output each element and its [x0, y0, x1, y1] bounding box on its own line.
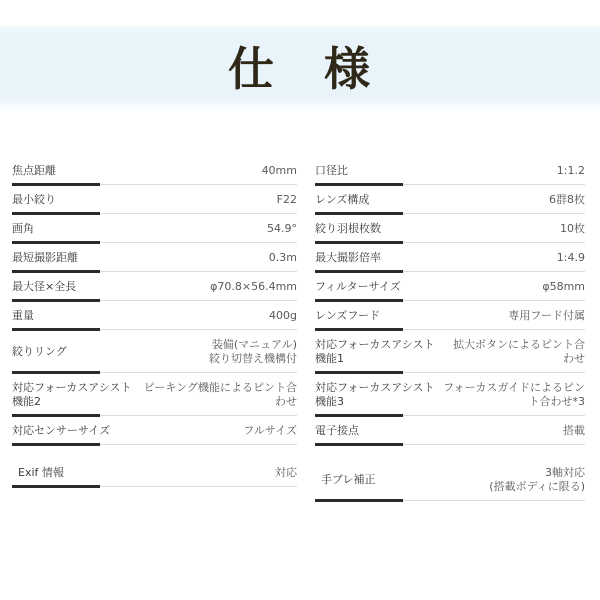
- spec-value: フォーカスガイドによるピント合わせ*3: [442, 381, 585, 409]
- spec-row: 電子接点搭載: [315, 416, 585, 445]
- spec-value: 対応: [275, 466, 297, 480]
- spec-page: 仕 様 焦点距離40mm最小絞りF22画角54.9°最短撮影距離0.3m最大径×…: [0, 0, 600, 600]
- spec-row: 焦点距離40mm: [12, 156, 297, 185]
- spec-row: 絞り羽根枚数10枚: [315, 214, 585, 243]
- spec-value: 拡大ボタンによるピント合わせ: [442, 338, 585, 366]
- spec-label: 最大撮影倍率: [315, 251, 381, 265]
- spec-label: 対応フォーカスアシスト 機能1: [315, 338, 434, 366]
- spec-label: Exif 情報: [18, 466, 64, 480]
- spec-value: F22: [277, 193, 297, 207]
- spec-row: Exif 情報対応: [12, 458, 297, 487]
- spec-row: 対応センサーサイズフルサイズ: [12, 416, 297, 445]
- spec-label: 対応センサーサイズ: [12, 424, 110, 438]
- spec-label: 電子接点: [315, 424, 359, 438]
- spec-value: ピーキング機能によるピント合わせ: [139, 381, 297, 409]
- spec-row: 対応フォーカスアシスト 機能1拡大ボタンによるピント合わせ: [315, 330, 585, 373]
- spec-value: 3軸対応 (搭載ボディに限る): [489, 466, 585, 494]
- spec-value: 6群8枚: [549, 193, 585, 207]
- spec-label: 最大径×全長: [12, 280, 76, 294]
- spec-label: 手ブレ補正: [321, 473, 376, 487]
- spec-column-right: 口径比1:1.2レンズ構成6群8枚絞り羽根枚数10枚最大撮影倍率1:4.9フィル…: [315, 156, 585, 501]
- spec-value: 1:1.2: [557, 164, 585, 178]
- spec-column-left: 焦点距離40mm最小絞りF22画角54.9°最短撮影距離0.3m最大径×全長φ7…: [12, 156, 297, 501]
- spec-label: レンズ構成: [315, 193, 369, 207]
- spec-label: 焦点距離: [12, 164, 56, 178]
- spec-value: 0.3m: [269, 251, 297, 265]
- spec-label: 重量: [12, 309, 34, 323]
- spec-label: 最小絞り: [12, 193, 56, 207]
- spec-header: 仕 様: [0, 26, 600, 112]
- spec-label: 対応フォーカスアシスト 機能2: [12, 381, 131, 409]
- spec-row: 対応フォーカスアシスト 機能2ピーキング機能によるピント合わせ: [12, 373, 297, 416]
- spec-label: フィルターサイズ: [315, 280, 401, 294]
- spec-label: 絞り羽根枚数: [315, 222, 381, 236]
- spec-row: レンズフード専用フード付属: [315, 301, 585, 330]
- spec-value: 専用フード付属: [508, 309, 585, 323]
- spec-label: 絞りリング: [12, 345, 67, 359]
- page-title: 仕 様: [228, 46, 372, 92]
- spec-value: 搭載: [563, 424, 585, 438]
- spec-value: フルサイズ: [243, 424, 297, 438]
- spec-row: 最大撮影倍率1:4.9: [315, 243, 585, 272]
- spec-row: 対応フォーカスアシスト 機能3フォーカスガイドによるピント合わせ*3: [315, 373, 585, 416]
- spec-row: 画角54.9°: [12, 214, 297, 243]
- spec-row: フィルターサイズφ58mm: [315, 272, 585, 301]
- spec-label: 最短撮影距離: [12, 251, 78, 265]
- spec-value: 1:4.9: [557, 251, 585, 265]
- spec-row: 最小絞りF22: [12, 185, 297, 214]
- spec-row: レンズ構成6群8枚: [315, 185, 585, 214]
- spec-label: レンズフード: [315, 309, 380, 323]
- spec-columns: 焦点距離40mm最小絞りF22画角54.9°最短撮影距離0.3m最大径×全長φ7…: [0, 156, 600, 501]
- spec-value: 54.9°: [267, 222, 297, 236]
- spec-value: φ58mm: [542, 280, 585, 294]
- spec-label: 画角: [12, 222, 34, 236]
- spec-value: φ70.8×56.4mm: [210, 280, 297, 294]
- spec-value: 40mm: [262, 164, 297, 178]
- spec-row: 口径比1:1.2: [315, 156, 585, 185]
- spec-label: 口径比: [315, 164, 348, 178]
- spec-row: 手ブレ補正3軸対応 (搭載ボディに限る): [315, 458, 585, 501]
- spec-label: 対応フォーカスアシスト 機能3: [315, 381, 434, 409]
- spec-row: 最短撮影距離0.3m: [12, 243, 297, 272]
- spec-value: 装備(マニュアル) 絞り切替え機構付: [209, 338, 297, 366]
- spec-row: 重量400g: [12, 301, 297, 330]
- spec-row: 最大径×全長φ70.8×56.4mm: [12, 272, 297, 301]
- spec-value: 10枚: [560, 222, 585, 236]
- spec-value: 400g: [269, 309, 297, 323]
- spec-row: 絞りリング装備(マニュアル) 絞り切替え機構付: [12, 330, 297, 373]
